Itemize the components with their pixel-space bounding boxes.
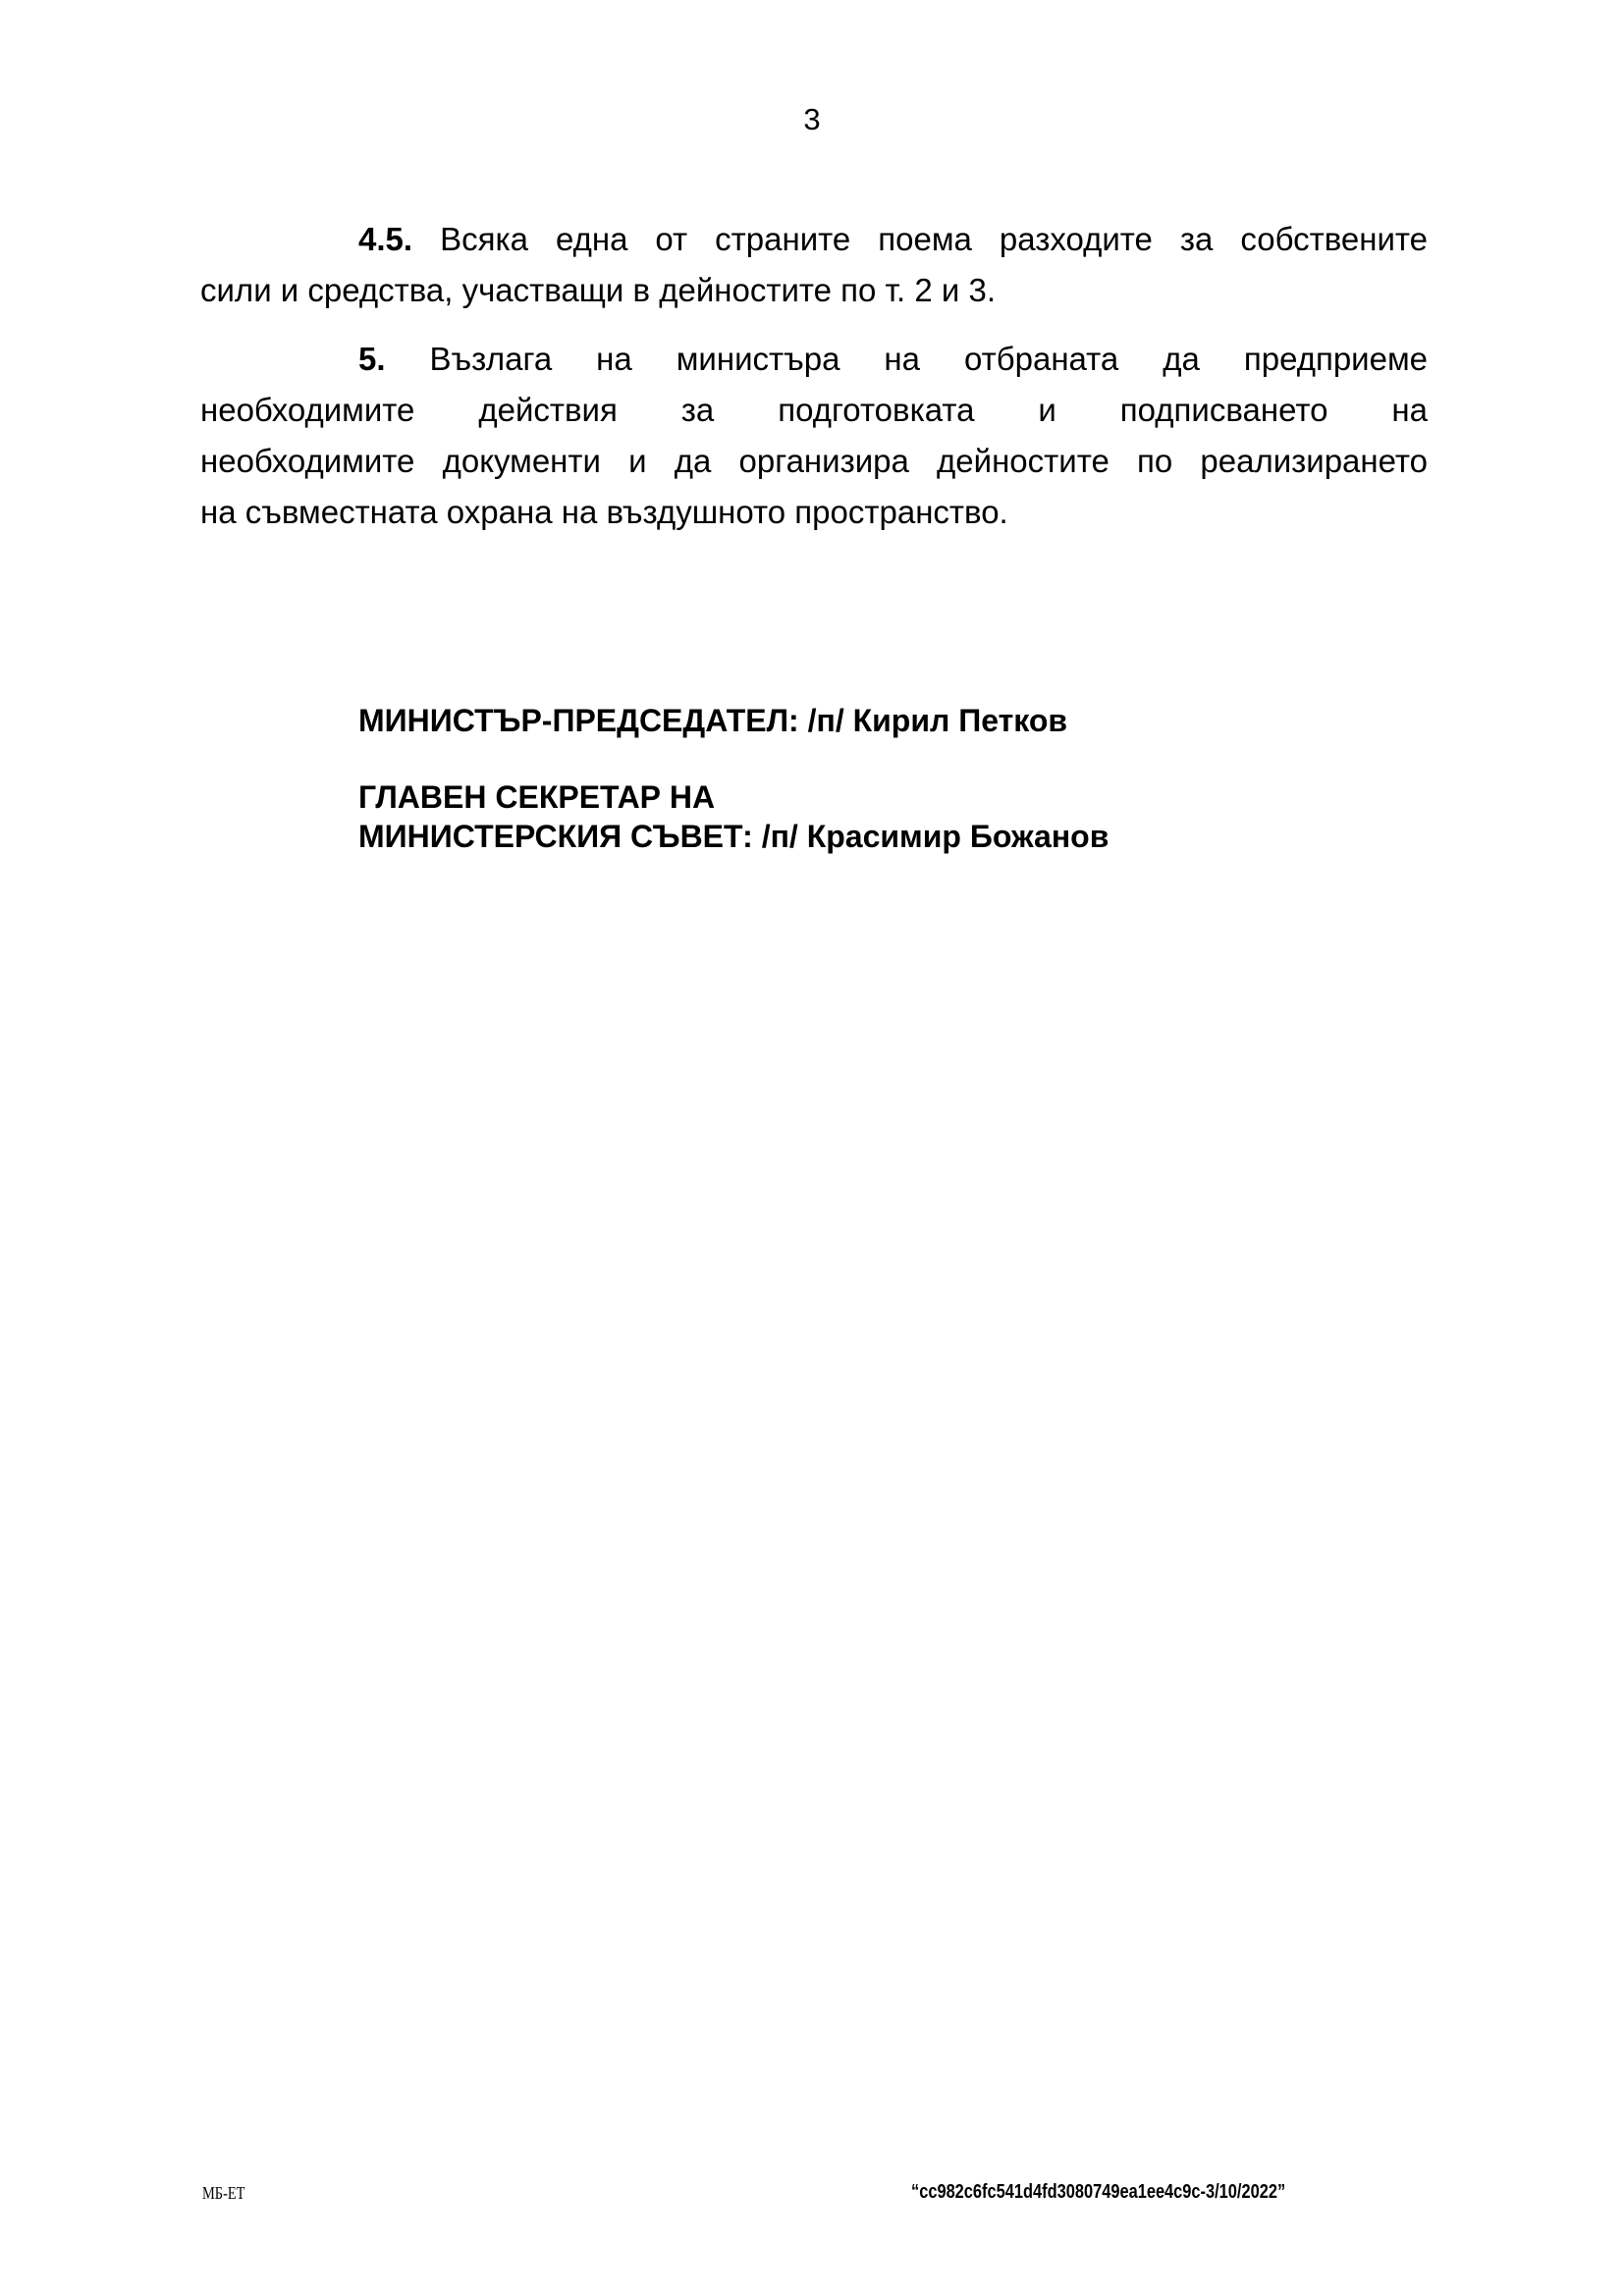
page-number: 3 [0,102,1624,137]
paragraph-number: 4.5. [358,221,412,257]
paragraph-line: необходимите документи и да организира д… [200,436,1428,487]
paragraph-number: 5. [358,341,386,377]
paragraph-line: сили и средства, участващи в дейностите … [200,265,1428,316]
signature-prime-minister: МИНИСТЪР-ПРЕДСЕДАТЕЛ: /п/ Кирил Петков [358,701,1067,740]
paragraph-5: 5. Възлага на министъра на отбраната да … [200,334,1428,538]
footer-initials: МБ-ЕТ [202,2183,244,2204]
signature-title-line: ГЛАВЕН СЕКРЕТАР НА [358,777,1109,817]
paragraph-text: Всяка една от страните поема разходите з… [440,221,1428,257]
footer-document-hash: “cc982c6fc541d4fd3080749ea1ee4c9c-3/10/2… [911,2181,1285,2204]
signature-name-line: МИНИСТЕРСКИЯ СЪВЕТ: /п/ Красимир Божанов [358,817,1109,856]
paragraph-line: 5. Възлага на министъра на отбраната да … [200,334,1428,385]
paragraph-4-5: 4.5. Всяка една от страните поема разход… [200,214,1428,316]
signature-chief-secretary: ГЛАВЕН СЕКРЕТАР НА МИНИСТЕРСКИЯ СЪВЕТ: /… [358,777,1109,856]
paragraph-text: Възлага на министъра на отбраната да пре… [430,341,1428,377]
paragraph-line: 4.5. Всяка една от страните поема разход… [200,214,1428,265]
paragraph-line: необходимите действия за подготовката и … [200,385,1428,436]
paragraph-line: на съвместната охрана на въздушното прос… [200,487,1428,538]
